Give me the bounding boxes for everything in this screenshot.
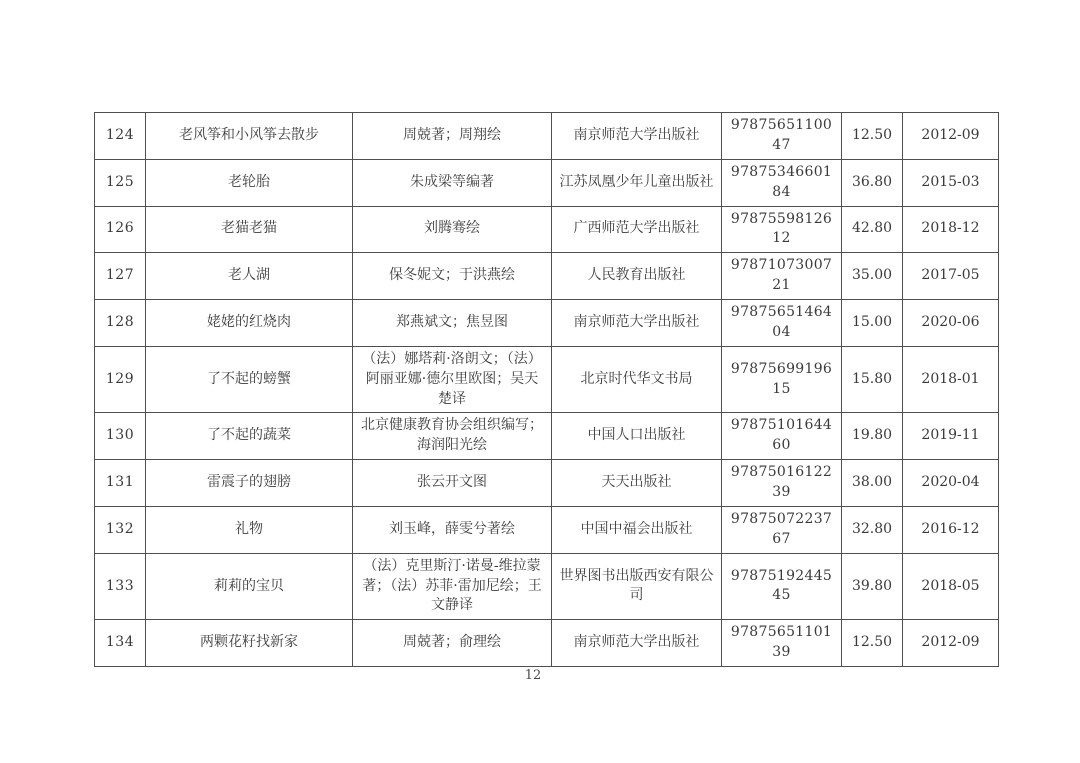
cell-title: 两颗花籽找新家 <box>146 620 353 667</box>
cell-publisher: 江苏凤凰少年儿童出版社 <box>552 159 722 206</box>
cell-price: 12.50 <box>842 113 903 160</box>
cell-publisher: 人民教育出版社 <box>552 253 722 300</box>
table-row: 127老人湖保冬妮文；于洪燕绘人民教育出版社978710730072135.00… <box>95 253 999 300</box>
cell-index: 125 <box>95 159 146 206</box>
cell-author: 周兢著；俞理绘 <box>353 620 552 667</box>
cell-title: 莉莉的宝贝 <box>146 553 353 620</box>
cell-title: 老风筝和小风筝去散步 <box>146 113 353 160</box>
cell-isbn: 9787565110139 <box>722 620 842 667</box>
cell-publisher: 广西师范大学出版社 <box>552 206 722 253</box>
cell-index: 129 <box>95 346 146 413</box>
table-row: 129了不起的螃蟹（法）娜塔莉·洛朗文；（法）阿丽亚娜·德尔里欧图；吴天楚译北京… <box>95 346 999 413</box>
cell-publisher: 世界图书出版西安有限公司 <box>552 553 722 620</box>
cell-date: 2018-05 <box>903 553 999 620</box>
cell-title: 老人湖 <box>146 253 353 300</box>
cell-author: 刘腾骞绘 <box>353 206 552 253</box>
cell-author: 朱成梁等编著 <box>353 159 552 206</box>
table-row: 133莉莉的宝贝（法）克里斯汀·诺曼-维拉蒙著；（法）苏菲·雷加尼绘；王文静译世… <box>95 553 999 620</box>
cell-title: 老猫老猫 <box>146 206 353 253</box>
cell-isbn: 9787569919615 <box>722 346 842 413</box>
cell-title: 了不起的螃蟹 <box>146 346 353 413</box>
cell-author: 周兢著；周翔绘 <box>353 113 552 160</box>
cell-isbn: 9787501612239 <box>722 460 842 507</box>
cell-publisher: 南京师范大学出版社 <box>552 620 722 667</box>
cell-index: 126 <box>95 206 146 253</box>
cell-index: 128 <box>95 300 146 347</box>
book-list-table: 124老风筝和小风筝去散步周兢著；周翔绘南京师范大学出版社97875651100… <box>94 112 999 667</box>
cell-price: 15.00 <box>842 300 903 347</box>
table-row: 130了不起的蔬菜北京健康教育协会组织编写；海润阳光绘中国人口出版社978751… <box>95 413 999 460</box>
cell-price: 38.00 <box>842 460 903 507</box>
cell-date: 2015-03 <box>903 159 999 206</box>
cell-date: 2012-09 <box>903 620 999 667</box>
document-page: 124老风筝和小风筝去散步周兢著；周翔绘南京师范大学出版社97875651100… <box>0 0 1080 763</box>
cell-isbn: 9787519244545 <box>722 553 842 620</box>
cell-date: 2012-09 <box>903 113 999 160</box>
cell-price: 12.50 <box>842 620 903 667</box>
table-row: 125老轮胎朱成梁等编著江苏凤凰少年儿童出版社978753466018436.8… <box>95 159 999 206</box>
cell-index: 124 <box>95 113 146 160</box>
cell-author: （法）克里斯汀·诺曼-维拉蒙著；（法）苏菲·雷加尼绘；王文静译 <box>353 553 552 620</box>
cell-publisher: 中国中福会出版社 <box>552 506 722 553</box>
cell-author: 张云开文图 <box>353 460 552 507</box>
cell-isbn: 9787534660184 <box>722 159 842 206</box>
book-table-body: 124老风筝和小风筝去散步周兢著；周翔绘南京师范大学出版社97875651100… <box>95 113 999 667</box>
cell-date: 2020-04 <box>903 460 999 507</box>
cell-author: 刘玉峰，薛雯兮著绘 <box>353 506 552 553</box>
table-row: 126老猫老猫刘腾骞绘广西师范大学出版社978755981261242.8020… <box>95 206 999 253</box>
cell-author: 郑燕斌文；焦昱图 <box>353 300 552 347</box>
table-row: 124老风筝和小风筝去散步周兢著；周翔绘南京师范大学出版社97875651100… <box>95 113 999 160</box>
cell-index: 132 <box>95 506 146 553</box>
page-number: 12 <box>0 668 1066 683</box>
cell-date: 2020-06 <box>903 300 999 347</box>
cell-isbn: 9787510164460 <box>722 413 842 460</box>
cell-author: 保冬妮文；于洪燕绘 <box>353 253 552 300</box>
cell-price: 15.80 <box>842 346 903 413</box>
cell-date: 2018-12 <box>903 206 999 253</box>
cell-title: 了不起的蔬菜 <box>146 413 353 460</box>
cell-index: 134 <box>95 620 146 667</box>
cell-isbn: 9787565146404 <box>722 300 842 347</box>
cell-publisher: 南京师范大学出版社 <box>552 300 722 347</box>
cell-title: 雷震子的翅膀 <box>146 460 353 507</box>
cell-price: 39.80 <box>842 553 903 620</box>
cell-date: 2017-05 <box>903 253 999 300</box>
cell-index: 131 <box>95 460 146 507</box>
cell-price: 32.80 <box>842 506 903 553</box>
cell-date: 2018-01 <box>903 346 999 413</box>
cell-isbn: 9787565110047 <box>722 113 842 160</box>
cell-price: 35.00 <box>842 253 903 300</box>
table-row: 128姥姥的红烧肉郑燕斌文；焦昱图南京师范大学出版社97875651464041… <box>95 300 999 347</box>
cell-author: （法）娜塔莉·洛朗文；（法）阿丽亚娜·德尔里欧图；吴天楚译 <box>353 346 552 413</box>
cell-publisher: 中国人口出版社 <box>552 413 722 460</box>
cell-author: 北京健康教育协会组织编写；海润阳光绘 <box>353 413 552 460</box>
cell-index: 133 <box>95 553 146 620</box>
cell-publisher: 天天出版社 <box>552 460 722 507</box>
cell-price: 36.80 <box>842 159 903 206</box>
cell-price: 42.80 <box>842 206 903 253</box>
cell-isbn: 9787507223767 <box>722 506 842 553</box>
cell-title: 礼物 <box>146 506 353 553</box>
cell-price: 19.80 <box>842 413 903 460</box>
cell-isbn: 9787559812612 <box>722 206 842 253</box>
table-row: 131雷震子的翅膀张云开文图天天出版社978750161223938.00202… <box>95 460 999 507</box>
table-row: 132礼物刘玉峰，薛雯兮著绘中国中福会出版社978750722376732.80… <box>95 506 999 553</box>
cell-date: 2019-11 <box>903 413 999 460</box>
cell-title: 老轮胎 <box>146 159 353 206</box>
cell-isbn: 9787107300721 <box>722 253 842 300</box>
table-row: 134两颗花籽找新家周兢著；俞理绘南京师范大学出版社97875651101391… <box>95 620 999 667</box>
cell-index: 127 <box>95 253 146 300</box>
cell-title: 姥姥的红烧肉 <box>146 300 353 347</box>
cell-publisher: 北京时代华文书局 <box>552 346 722 413</box>
cell-publisher: 南京师范大学出版社 <box>552 113 722 160</box>
cell-date: 2016-12 <box>903 506 999 553</box>
cell-index: 130 <box>95 413 146 460</box>
